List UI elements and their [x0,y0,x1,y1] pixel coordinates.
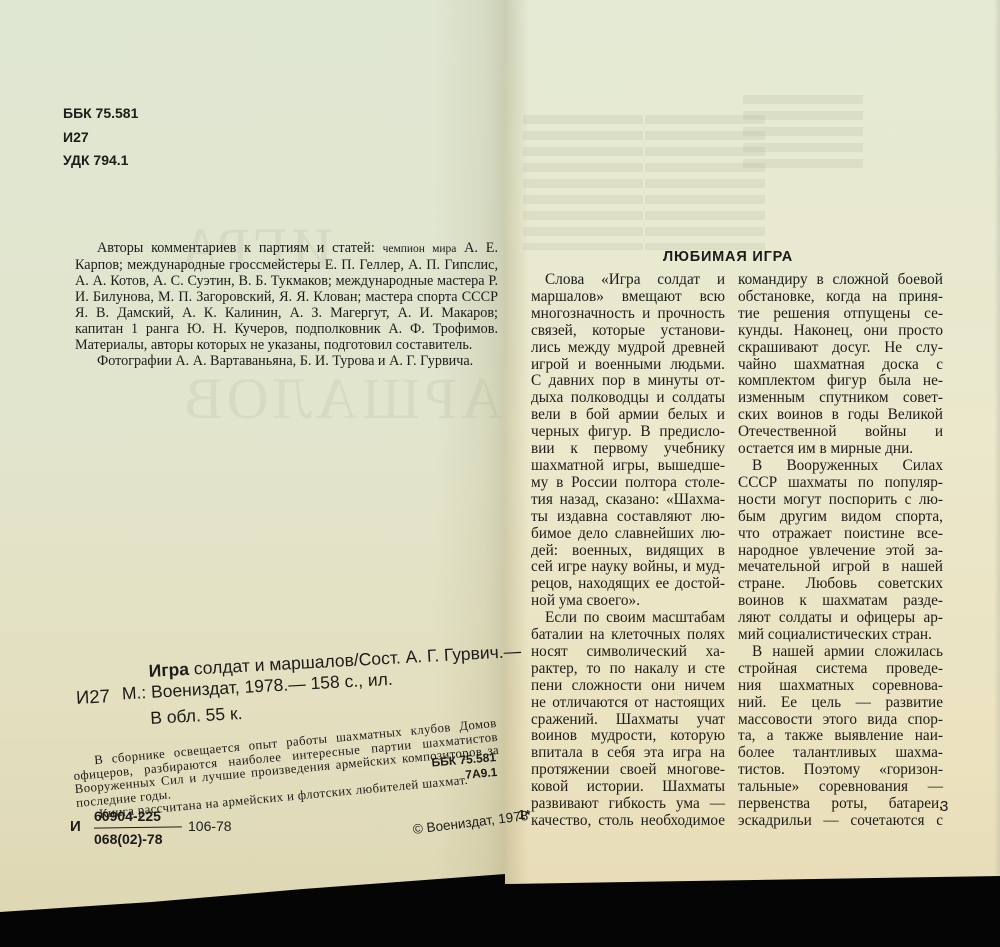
text-line: впитала в себя эта игра на [531,745,725,762]
text-line: остается им в мирные дни. [738,441,943,458]
author-mark: И27 [63,126,138,150]
text-line: ности могут поспорить с лю- [738,492,943,509]
text-line: что отражает поистине все- [738,526,943,543]
text-line: развивают гибкость ума — [531,796,725,813]
text-line: чайно шахматная доска с [738,357,943,374]
text-line: маршалов» вмещают всю [531,289,725,306]
text-line: Слова «Игра солдат и [531,272,725,289]
text-line: тие решения отпущены се- [738,306,943,323]
text-line: бым другим видом спорта, [738,509,943,526]
text-line: ния шахматных соревнова- [738,678,943,695]
bbk-code: ББК 75.581 [63,102,138,126]
text-line: обстановке, когда на приня- [738,289,943,306]
text-line: тальные» соревнования — [738,779,943,796]
text-line: стране. Любовь советских [738,576,943,593]
chapter-title: ЛЮБИМАЯ ИГРА [663,249,793,265]
text-line: В Вооруженных Силах [738,458,943,475]
show-through-column [743,95,863,175]
text-line: кунды. Наконец, они просто [738,323,943,340]
text-line: ний. Ее цель — развитие [738,695,943,712]
credits-block: Авторы комментариев к партиям и статей: … [75,240,498,369]
text-line: изменным спутником совет- [738,390,943,407]
catalog-bbk: ББК 75.581 7А9.1 [431,750,498,786]
text-line: игрой и военными людьми. [531,357,725,374]
text-line: шахматной игры, вышедше- [531,458,725,475]
text-line: Если по своим масштабам [531,610,725,627]
signature-mark: 1* [518,807,530,822]
fraction-line [94,826,182,828]
authors-paragraph: Авторы комментариев к партиям и статей: … [75,240,498,353]
text-line: связей, которые установи- [531,323,725,340]
text-line: ты издавна составляют лю- [531,509,725,526]
classification-block: ББК 75.581 И27 УДК 794.1 [63,102,138,173]
text-column-2: командиру в сложной боевойобстановке, ко… [738,272,943,830]
text-line: мий социалистических стран. [738,627,943,644]
imprint-fraction: 60904-225 068(02)-78 [94,808,182,848]
text-line: воинов к шахматам разде- [738,593,943,610]
photos-credit: Фотографии А. А. Вартаваньяна, Б. И. Тур… [75,353,498,369]
udk-code: УДК 794.1 [63,149,138,173]
text-line: В нашей армии сложилась [738,644,943,661]
text-line: дей: военных, видящих в [531,543,725,560]
text-line: народное увлечение этой за- [738,543,943,560]
text-line: ковой истории. Шахматы [531,779,725,796]
text-line: лись между мудрой древней [531,340,725,357]
text-line: му в России полтора столе- [531,475,725,492]
text-line: рецов, находящих ее достой- [531,576,725,593]
text-line: первенства роты, батареи, [738,796,943,813]
text-line: командиру в сложной боевой [738,272,943,289]
text-line: вии к первому учебнику [531,441,725,458]
text-line: носят символический ха- [531,644,725,661]
text-line: СССР шахматы по популяр- [738,475,943,492]
text-line: С давних пор в минуты от- [531,373,725,390]
imprint-numerator: 60904-225 [94,808,182,825]
text-line: бимое дело славнейших лю- [531,526,725,543]
text-line: тия назад, сказано: «Шахма- [531,492,725,509]
text-line: более талантливых шахма- [738,745,943,762]
text-line: вели в бой армии белых и [531,407,725,424]
text-line: Отечественной войны и [738,424,943,441]
catalog-code: И27 [75,685,110,709]
text-line: тистов. Поэтому «горизон- [738,762,943,779]
text-line: эскадрильи — сочетаются с [738,813,943,830]
text-line: скрашивают досуг. Не слу- [738,340,943,357]
imprint-letter: И [70,818,81,835]
text-line: ских воинов в годы Великой [738,407,943,424]
show-through-column [523,115,643,250]
text-line: не отличаются от настоящих [531,695,725,712]
text-line: дыха полководцы и солдаты [531,390,725,407]
show-through-text: МАРШАЛОВ [180,365,558,432]
text-line: протяжении своей многове- [531,762,725,779]
page-number: 3 [940,798,948,815]
text-line: ной ума своего». [531,593,725,610]
text-column-1: Слова «Игра солдат имаршалов» вмещают вс… [531,272,725,830]
open-book-spread: ИГРА МАРШАЛОВ ББК 75.581 И27 УДК 794.1 А… [0,0,1000,947]
text-line: та, а также выявление наи- [738,728,943,745]
text-line: многозначность и прочность [531,306,725,323]
text-line: стройная система проведе- [738,661,943,678]
text-line: мечательной игрой в нашей [738,559,943,576]
text-line: массовости этого вида спор- [738,712,943,729]
text-line: комплектом фигур была не- [738,373,943,390]
imprint-denominator: 068(02)-78 [94,831,182,848]
imprint-suffix: 106-78 [188,818,232,834]
text-line: ляют солдаты и офицеры ар- [738,610,943,627]
text-line: качество, столь необходимое [531,813,725,830]
text-line: рактер, то по накалу и сте [531,661,725,678]
text-line: черных фигур. В предисло- [531,424,725,441]
text-line: сей игре науку войны, и муд- [531,559,725,576]
text-line: баталии на клеточных полях [531,627,725,644]
text-line: сражений. Шахматы учат [531,712,725,729]
text-line: воинов мудрости, которую [531,728,725,745]
text-line: пени сложности они ничем [531,678,725,695]
